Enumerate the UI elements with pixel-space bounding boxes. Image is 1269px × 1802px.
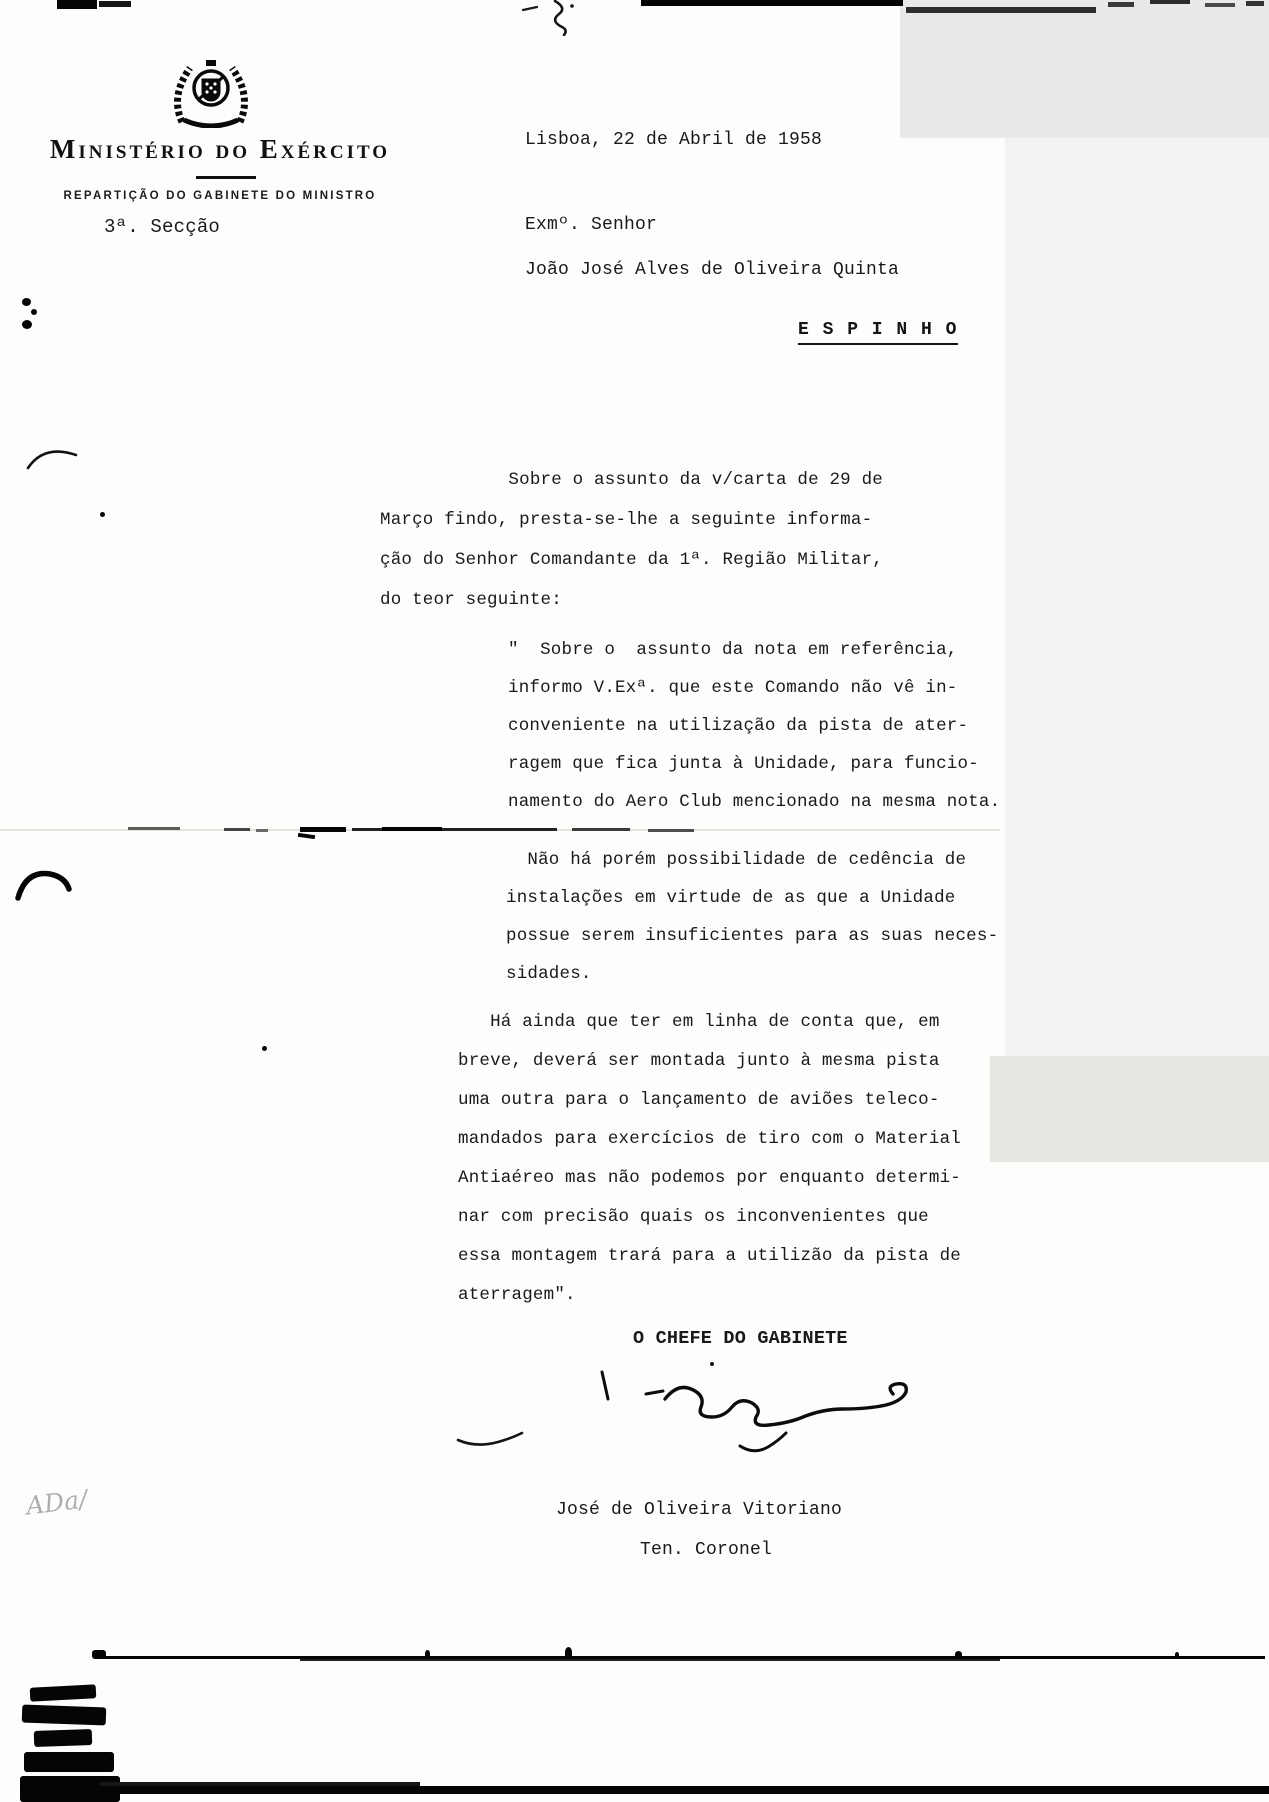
coat-of-arms-icon xyxy=(168,58,254,128)
letterhead-divider xyxy=(196,176,256,179)
scan-blob xyxy=(92,1650,106,1659)
scan-bottom-heavy-line2 xyxy=(100,1782,420,1786)
scan-dash xyxy=(572,828,630,831)
scan-line-tuft xyxy=(425,1650,430,1657)
department-name: REPARTIÇÃO DO GABINETE DO MINISTRO xyxy=(48,190,392,202)
salutation-line: Exmº. Senhor xyxy=(525,215,657,235)
scan-gray-right-block xyxy=(990,1056,1269,1162)
scan-speck xyxy=(1246,1,1264,6)
handwritten-top-squiggle xyxy=(515,0,585,36)
scan-line-tuft xyxy=(955,1651,962,1657)
scan-dot xyxy=(100,512,105,517)
scan-speck xyxy=(1108,2,1134,7)
scan-dot xyxy=(31,309,37,315)
scan-dot xyxy=(22,320,32,329)
scan-pen-arc-bold xyxy=(12,864,76,908)
scan-bottom-thin-line2 xyxy=(300,1659,1000,1661)
place-date-line: Lisboa, 22 de Abril de 1958 xyxy=(525,130,822,150)
scan-dash xyxy=(648,829,694,832)
recipient-city-line: E S P I N H O xyxy=(798,320,958,345)
signer-name-line: José de Oliveira Vitoriano xyxy=(556,1500,842,1520)
paragraph-three: Há ainda que ter em linha de conta que, … xyxy=(458,1003,961,1315)
scan-line-tuft xyxy=(1175,1652,1179,1657)
signer-rank-line: Ten. Coronel xyxy=(640,1540,772,1560)
scan-gray-right-strip xyxy=(1005,138,1269,1058)
scan-mark-top-right-bar xyxy=(641,0,903,6)
scanned-letter-page: Ministério do Exército REPARTIÇÃO DO GAB… xyxy=(0,0,1269,1802)
scan-blob xyxy=(30,1684,97,1701)
scan-dash xyxy=(224,828,250,831)
margin-pencil-note: ADa/ xyxy=(24,1484,89,1520)
scan-blob xyxy=(34,1729,93,1747)
scan-pen-arc xyxy=(24,440,86,476)
scan-gray-top-right xyxy=(900,0,1269,138)
scan-speck xyxy=(1205,3,1235,7)
scan-mark-top-left-bar xyxy=(57,0,97,9)
scan-speck xyxy=(1150,0,1190,4)
recipient-name-line: João José Alves de Oliveira Quinta xyxy=(525,260,899,280)
scan-mark-top-right-bar2 xyxy=(906,7,1096,13)
scan-blob xyxy=(24,1752,114,1772)
paragraph-quote: " Sobre o assunto da nota em referência,… xyxy=(508,631,1000,821)
scan-mark-top-left-bar2 xyxy=(99,1,131,7)
scan-bottom-heavy-line xyxy=(100,1786,1269,1794)
scan-dash xyxy=(382,827,442,831)
scan-blob xyxy=(22,1705,107,1726)
paragraph-two: Não há porém possibilidade de cedência d… xyxy=(506,841,998,993)
signature-scribble xyxy=(450,1352,980,1467)
paragraph-intro: Sobre o assunto da v/carta de 29 de Març… xyxy=(380,460,883,620)
scan-dash xyxy=(128,827,180,830)
scan-dot xyxy=(262,1046,267,1051)
closing-title: O CHEFE DO GABINETE xyxy=(633,1328,848,1349)
section-label: 3ª. Secção xyxy=(104,216,220,238)
scan-arrow-mark xyxy=(298,833,315,839)
ministry-name: Ministério do Exército xyxy=(48,134,392,165)
scan-dash xyxy=(256,829,268,832)
scan-dot xyxy=(22,298,31,306)
scan-line-tuft xyxy=(565,1647,572,1657)
scan-dash xyxy=(300,827,346,832)
